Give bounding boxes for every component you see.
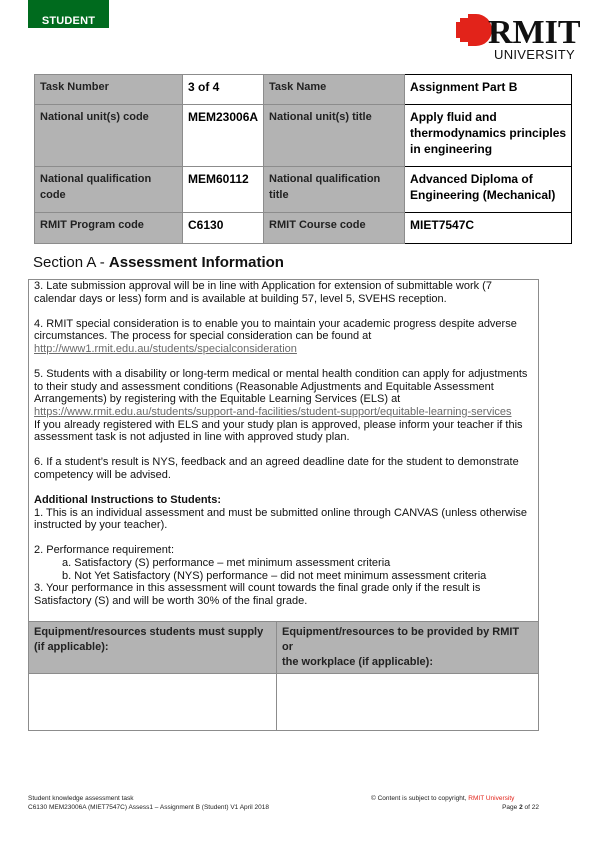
task-number-value: 3 of 4 [183,75,264,105]
special-consideration-text: 4. RMIT special consideration is to enab… [34,318,533,356]
task-number-label: Task Number [35,75,183,105]
special-consideration-link[interactable]: http://www1.rmit.edu.au/students/special… [34,343,297,355]
els-link[interactable]: https://www.rmit.edu.au/students/support… [34,406,512,418]
task-name-label: Task Name [264,75,405,105]
section-title: Section A - Assessment Information [33,254,284,271]
qualification-title-label: National qualification title [264,167,405,213]
task-info-table: Task Number 3 of 4 Task Name Assignment … [34,74,572,244]
individual-assessment-text: 1. This is an individual assessment and … [34,507,533,532]
table-row: RMIT Program code C6130 RMIT Course code… [35,213,572,244]
unit-title-label: National unit(s) title [264,105,405,167]
additional-instructions-heading: Additional Instructions to Students: [34,494,533,507]
course-code-label: RMIT Course code [264,213,405,244]
student-equipment-header: Equipment/resources students must supply… [29,622,277,674]
copyright-notice: © Content is subject to copyright, RMIT … [371,794,539,803]
unit-code-label: National unit(s) code [35,105,183,167]
not-yet-satisfactory-item: b. Not Yet Satisfactory (NYS) performanc… [34,570,533,583]
satisfactory-item: a. Satisfactory (S) performance – met mi… [34,557,533,570]
rmit-equipment-header: Equipment/resources to be provided by RM… [277,622,539,674]
qualification-code-label: National qualification code [35,167,183,213]
final-grade-text: 3. Your performance in this assessment w… [34,582,533,607]
footer-left: Student knowledge assessment task C6130 … [28,794,269,812]
rmit-logo: RMIT UNIVERSITY [456,10,580,62]
footer-right: © Content is subject to copyright, RMIT … [371,794,539,812]
qualification-code-value: MEM60112 [183,167,264,213]
program-code-value: C6130 [183,213,264,244]
table-row: Equipment/resources students must supply… [29,622,539,674]
page-number: Page 2 of 22 [371,803,539,812]
unit-code-value: MEM23006A [183,105,264,167]
table-row [29,674,539,731]
rmit-pixel-logo-icon: RMIT UNIVERSITY [456,10,580,62]
late-submission-text: 3. Late submission approval will be in l… [34,280,533,305]
course-code-value: MIET7547C [405,213,572,244]
student-equipment-cell[interactable] [29,674,277,731]
table-row: Task Number 3 of 4 Task Name Assignment … [35,75,572,105]
program-code-label: RMIT Program code [35,213,183,244]
svg-text:UNIVERSITY: UNIVERSITY [494,47,575,62]
performance-requirement-text: 2. Performance requirement: [34,544,533,557]
assessment-info-box: 3. Late submission approval will be in l… [28,279,539,621]
els-text: 5. Students with a disability or long-te… [34,368,533,444]
qualification-title-value: Advanced Diploma of Engineering (Mechani… [405,167,572,213]
table-row: National unit(s) code MEM23006A National… [35,105,572,167]
nys-text: 6. If a student’s result is NYS, feedbac… [34,456,533,481]
student-tab: STUDENT [28,0,109,28]
svg-text:RMIT: RMIT [488,14,580,51]
task-name-value: Assignment Part B [405,75,572,105]
equipment-table: Equipment/resources students must supply… [28,621,539,731]
unit-title-value: Apply fluid and thermodynamics principle… [405,105,572,167]
table-row: National qualification code MEM60112 Nat… [35,167,572,213]
rmit-equipment-cell[interactable] [277,674,539,731]
